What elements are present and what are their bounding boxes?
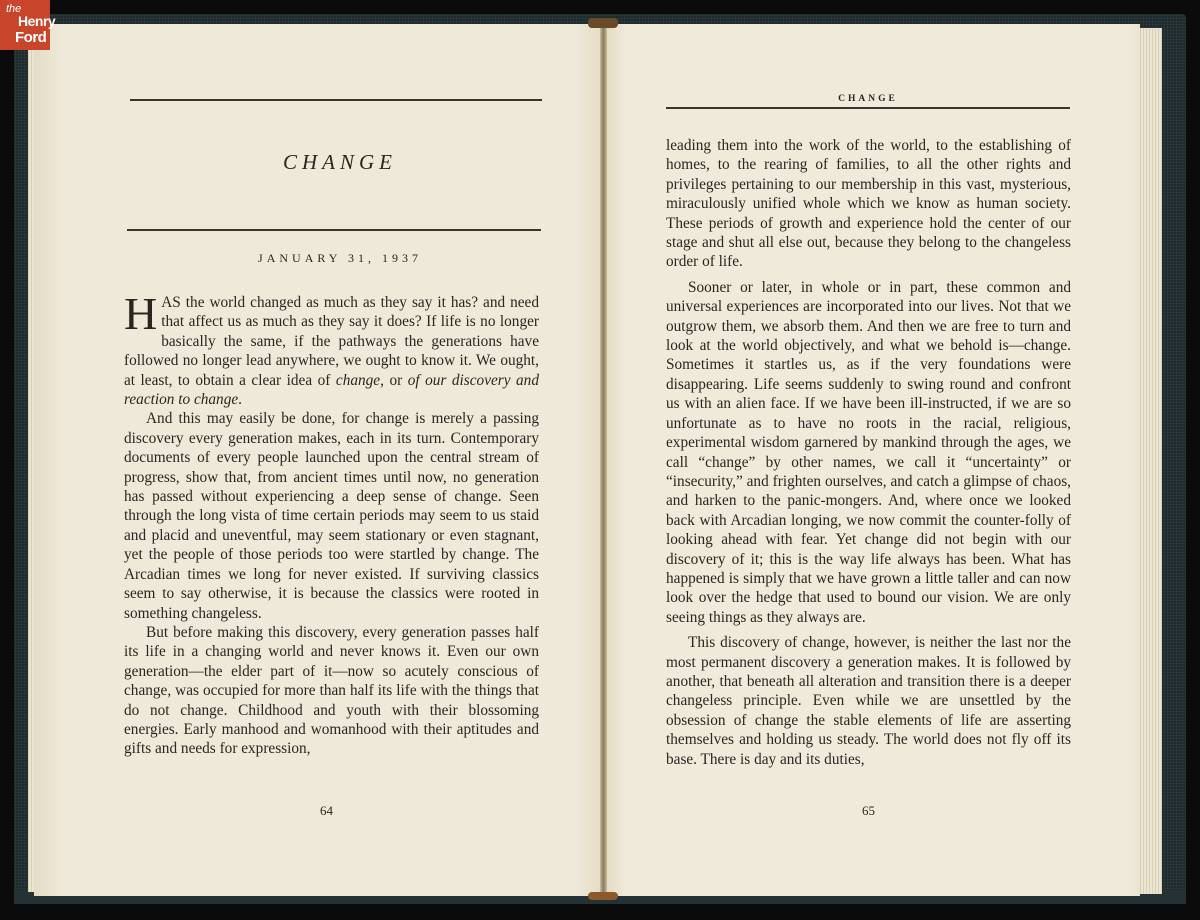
page-number-right: 65 bbox=[862, 803, 875, 819]
paragraph: This discovery of change, however, is ne… bbox=[666, 633, 1071, 769]
logo-henry: Henry bbox=[18, 14, 55, 28]
left-page-body: HAS the world changed as much as they sa… bbox=[124, 293, 539, 759]
book-gutter bbox=[600, 24, 607, 896]
paragraph: HAS the world changed as much as they sa… bbox=[124, 293, 539, 409]
title-rule bbox=[127, 229, 541, 231]
footband bbox=[588, 892, 618, 900]
paragraph: But before making this discovery, every … bbox=[124, 623, 539, 759]
drop-cap: H bbox=[124, 295, 157, 333]
logo-ford: Ford bbox=[15, 30, 46, 45]
paragraph: leading them into the work of the world,… bbox=[666, 136, 1071, 272]
henry-ford-logo: the Henry Ford bbox=[0, 0, 50, 50]
headband bbox=[588, 18, 618, 28]
paragraph: And this may easily be done, for change … bbox=[124, 409, 539, 622]
page-number-left: 64 bbox=[320, 803, 333, 819]
running-head-rule bbox=[666, 107, 1070, 109]
chapter-title: CHANGE bbox=[120, 150, 560, 175]
right-page-body: leading them into the work of the world,… bbox=[666, 136, 1071, 769]
paragraph: Sooner or later, in whole or in part, th… bbox=[666, 278, 1071, 627]
dateline: JANUARY 31, 1937 bbox=[120, 251, 560, 266]
right-page-edges bbox=[1138, 28, 1162, 894]
running-head: CHANGE bbox=[666, 94, 1070, 104]
top-rule bbox=[130, 99, 542, 101]
